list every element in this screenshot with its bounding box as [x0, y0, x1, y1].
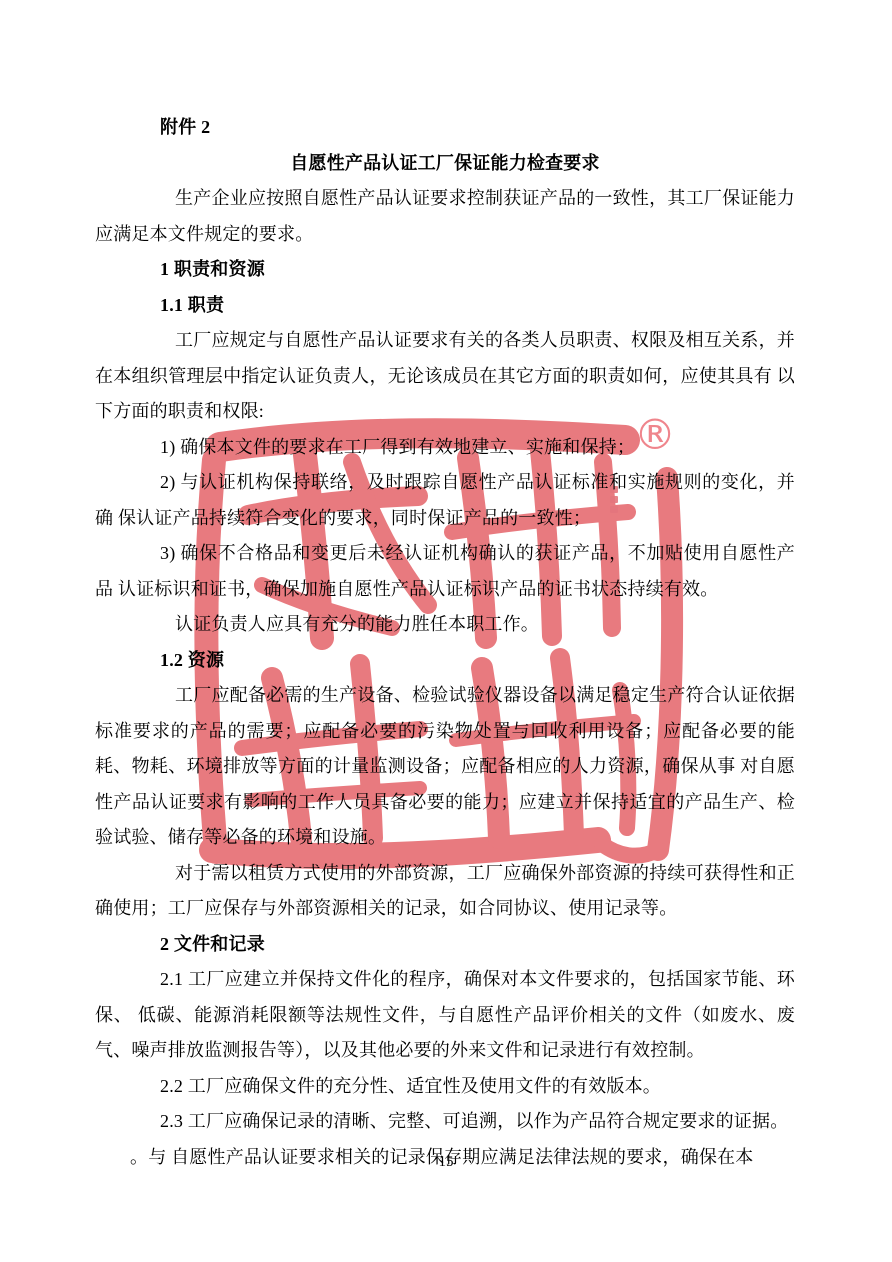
document-body: 附件 2 自愿性产品认证工厂保证能力检查要求 生产企业应按照自愿性产品认证要求控… [95, 110, 795, 1175]
section-heading-1: 1 职责和资源 [95, 252, 795, 288]
list-item-1: 1) 确保本文件的要求在工厂得到有效地建立、实施和保持； [95, 430, 795, 466]
paragraph: 工厂应规定与自愿性产品认证要求有关的各类人员职责、权限及相互关系，并在本组织管理… [95, 323, 795, 430]
document-title: 自愿性产品认证工厂保证能力检查要求 [95, 146, 795, 182]
clause-2-2: 2.2 工厂应确保文件的充分性、适宜性及使用文件的有效版本。 [95, 1069, 795, 1105]
paragraph: 认证负责人应具有充分的能力胜任本职工作。 [95, 607, 795, 643]
section-heading-1-2: 1.2 资源 [95, 643, 795, 679]
section-heading-2: 2 文件和记录 [95, 927, 795, 963]
document-page: 附件 2 自愿性产品认证工厂保证能力检查要求 生产企业应按照自愿性产品认证要求控… [0, 0, 892, 1262]
clause-2-3: 2.3 工厂应确保记录的清晰、完整、可追溯，以作为产品符合规定要求的证据。 [95, 1104, 795, 1140]
attachment-label: 附件 2 [95, 110, 795, 146]
list-item-3: 3) 确保不合格品和变更后未经认证机构确认的获证产品，不加贴使用自愿性产品 认证… [95, 536, 795, 607]
section-heading-1-1: 1.1 职责 [95, 288, 795, 324]
intro-paragraph: 生产企业应按照自愿性产品认证要求控制获证产品的一致性，其工厂保证能力应满足本文件… [95, 181, 795, 252]
list-item-2: 2) 与认证机构保持联络，及时跟踪自愿性产品认证标准和实施规则的变化，并确 保认… [95, 465, 795, 536]
page-number: 15 [0, 1152, 892, 1172]
paragraph: 工厂应配备必需的生产设备、检验试验仪器设备以满足稳定生产符合认证依据标准要求的产… [95, 678, 795, 856]
clause-2-1: 2.1 工厂应建立并保持文件化的程序，确保对本文件要求的，包括国家节能、环保、 … [95, 962, 795, 1069]
paragraph: 对于需以租赁方式使用的外部资源，工厂应确保外部资源的持续可获得性和正确使用；工厂… [95, 856, 795, 927]
